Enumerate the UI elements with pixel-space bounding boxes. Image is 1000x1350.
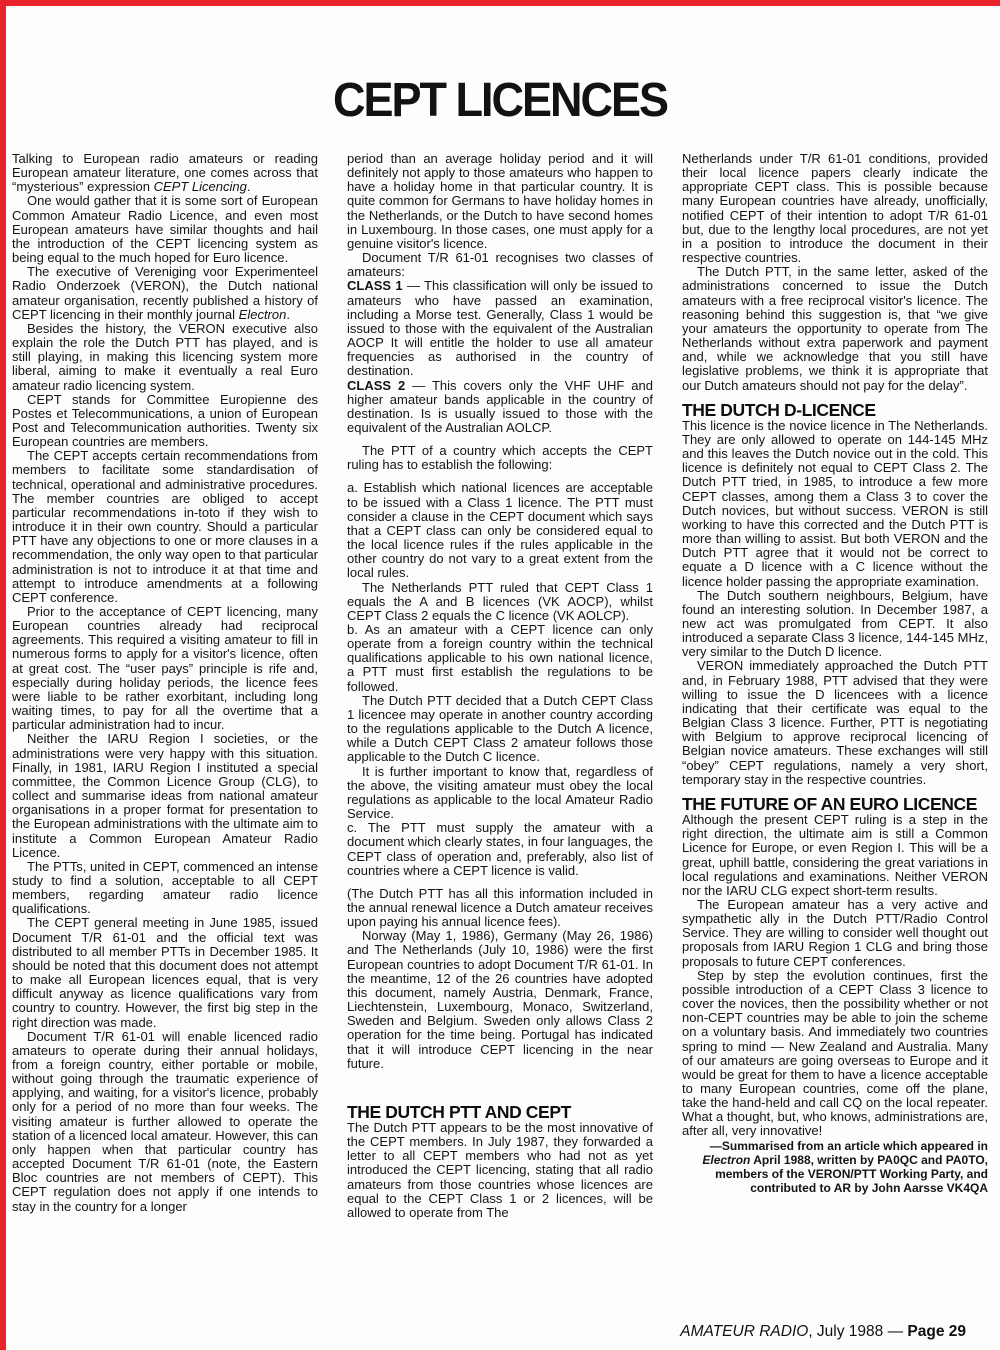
paragraph: (The Dutch PTT has all this information … (347, 887, 653, 929)
paragraph: One would gather that it is some sort of… (12, 194, 318, 265)
paragraph: Talking to European radio amateurs or re… (12, 152, 318, 194)
paragraph: The PTTs, united in CEPT, commenced an i… (12, 860, 318, 917)
text-run: Prior to the acceptance of CEPT licencin… (12, 604, 318, 732)
text-run: period than an average holiday period an… (347, 151, 653, 251)
text-run: The Dutch PTT appears to be the most inn… (347, 1120, 653, 1220)
text-run: The CEPT accepts certain recommendations… (12, 448, 318, 605)
text-run: b. As an amateur with a CEPT licence can… (347, 622, 653, 694)
text-run: Document T/R 61-01 recognises two classe… (347, 250, 653, 279)
footer-issue-date: , July 1988 — (808, 1323, 907, 1340)
list-item-c: c. The PTT must supply the amateur with … (347, 821, 653, 878)
text-run: CEPT stands for Committee Europienne des… (12, 392, 318, 449)
text-run: THE DUTCH D-LICENCE (682, 400, 876, 420)
text-run: c. The PTT must supply the amateur with … (347, 820, 653, 877)
paragraph: period than an average holiday period an… (347, 152, 653, 251)
text-run: . (286, 307, 290, 322)
text-run: The PTT of a country which accepts the C… (347, 443, 653, 472)
text-run: The PTTs, united in CEPT, commenced an i… (12, 859, 318, 916)
bold-text: CLASS 1 (347, 278, 407, 293)
article-columns: Talking to European radio amateurs or re… (12, 152, 988, 1220)
heading-future-euro-licence: THE FUTURE OF AN EURO LICENCE (682, 797, 988, 811)
paragraph: The Dutch PTT decided that a Dutch CEPT … (347, 694, 653, 765)
text-run: Norway (May 1, 1986), Germany (May 26, 1… (347, 928, 653, 1070)
text-run: —Summarised from an article which appear… (710, 1139, 988, 1153)
paragraph: The Dutch southern neighbours, Belgium, … (682, 589, 988, 660)
text-column-3: Netherlands under T/R 61-01 conditions, … (682, 152, 988, 1195)
text-run: The Netherlands PTT ruled that CEPT Clas… (347, 580, 653, 623)
paragraph: VERON immediately approached the Dutch P… (682, 659, 988, 786)
text-run: Netherlands under T/R 61-01 conditions, … (682, 151, 988, 265)
text-run: . (247, 179, 251, 194)
italic-text: CEPT Licencing (154, 179, 247, 194)
page-edge-left-red-strip (0, 0, 6, 1350)
text-run: VERON immediately approached the Dutch P… (682, 658, 988, 786)
bold-text: CLASS 2 (347, 378, 412, 393)
text-column-1: Talking to European radio amateurs or re… (12, 152, 318, 1214)
text-run: The European amateur has a very active a… (682, 897, 988, 969)
class-1-block: CLASS 1 — This classification will only … (347, 279, 653, 378)
text-run: Document T/R 61-01 will enable licenced … (12, 1029, 318, 1214)
text-column-2: period than an average holiday period an… (347, 152, 653, 1220)
text-run: The CEPT general meeting in June 1985, i… (12, 915, 318, 1029)
text-run: — This classification will only be issue… (347, 278, 653, 378)
paragraph: The executive of Vereniging voor Experim… (12, 265, 318, 322)
paragraph: It is further important to know that, re… (347, 765, 653, 822)
paragraph: CEPT stands for Committee Europienne des… (12, 393, 318, 450)
list-item-a: a. Establish which national licences are… (347, 481, 653, 580)
heading-dutch-ptt-and-cept: THE DUTCH PTT AND CEPT (347, 1105, 653, 1119)
list-item-b: b. As an amateur with a CEPT licence can… (347, 623, 653, 694)
text-run: THE DUTCH PTT AND CEPT (347, 1102, 571, 1122)
text-run: THE FUTURE OF AN EURO LICENCE (682, 794, 977, 814)
text-run: The Dutch PTT decided that a Dutch CEPT … (347, 693, 653, 765)
paragraph: Step by step the evolution continues, fi… (682, 969, 988, 1139)
text-run: The Dutch PTT, in the same letter, asked… (682, 264, 988, 392)
italic-text: Electron (239, 307, 287, 322)
text-run: Although the present CEPT ruling is a st… (682, 812, 988, 898)
text-run: This licence is the novice licence in Th… (682, 418, 988, 589)
paragraph: The European amateur has a very active a… (682, 898, 988, 969)
page-footer: AMATEUR RADIO, July 1988 — Page 29 (680, 1323, 966, 1341)
class-2-block: CLASS 2 — This covers only the VHF UHF a… (347, 379, 653, 436)
paragraph: Prior to the acceptance of CEPT licencin… (12, 605, 318, 732)
text-run: The Dutch southern neighbours, Belgium, … (682, 588, 988, 660)
paragraph: The Dutch PTT, in the same letter, asked… (682, 265, 988, 392)
paragraph: This licence is the novice licence in Th… (682, 419, 988, 589)
text-run: It is further important to know that, re… (347, 764, 653, 821)
paragraph: The Dutch PTT appears to be the most inn… (347, 1121, 653, 1220)
footer-magazine-name: AMATEUR RADIO (680, 1323, 808, 1340)
paragraph: The CEPT accepts certain recommendations… (12, 449, 318, 605)
text-run: Neither the IARU Region I societies, or … (12, 731, 318, 859)
paragraph: Netherlands under T/R 61-01 conditions, … (682, 152, 988, 265)
paragraph: Norway (May 1, 1986), Germany (May 26, 1… (347, 929, 653, 1071)
page-edge-top-red-strip (0, 0, 1000, 6)
italic-text: Electron (702, 1153, 750, 1167)
heading-dutch-d-licence: THE DUTCH D-LICENCE (682, 403, 988, 417)
paragraph: Document T/R 61-01 recognises two classe… (347, 251, 653, 279)
text-run: One would gather that it is some sort of… (12, 193, 318, 265)
paragraph: The Netherlands PTT ruled that CEPT Clas… (347, 581, 653, 623)
credit-note: —Summarised from an article which appear… (682, 1139, 988, 1195)
paragraph: Document T/R 61-01 will enable licenced … (12, 1030, 318, 1214)
footer-page-number: Page 29 (907, 1323, 966, 1340)
text-run: Besides the history, the VERON executive… (12, 321, 318, 393)
article-title: CEPT LICENCES (0, 72, 1000, 128)
paragraph: The CEPT general meeting in June 1985, i… (12, 916, 318, 1029)
text-run: (The Dutch PTT has all this information … (347, 886, 653, 929)
text-run: Step by step the evolution continues, fi… (682, 968, 988, 1139)
paragraph: Besides the history, the VERON executive… (12, 322, 318, 393)
text-run: April 1988, written by PA0QC and PA0TO, … (715, 1153, 988, 1195)
paragraph: Neither the IARU Region I societies, or … (12, 732, 318, 859)
paragraph: Although the present CEPT ruling is a st… (682, 813, 988, 898)
paragraph: The PTT of a country which accepts the C… (347, 444, 653, 472)
text-run: a. Establish which national licences are… (347, 480, 653, 580)
